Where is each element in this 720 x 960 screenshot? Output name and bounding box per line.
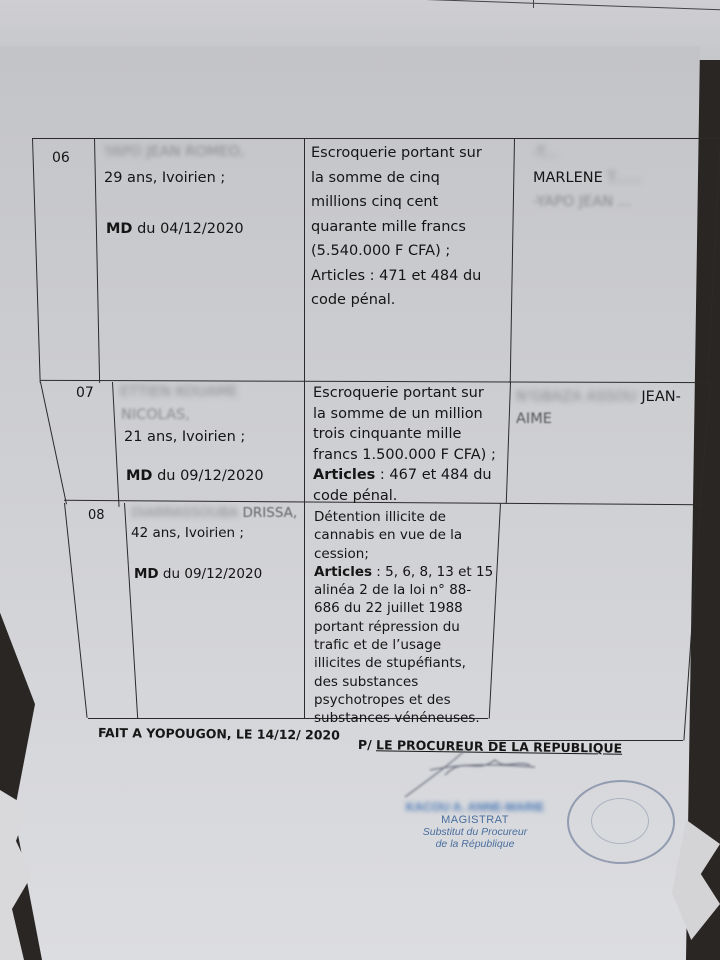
table-border	[32, 138, 720, 139]
offense-line: quarante mille francs	[311, 215, 482, 240]
victim-name: MARLENE T......	[533, 166, 642, 191]
md-label: MD	[106, 221, 132, 237]
offense-line: psychotropes et des	[314, 691, 493, 709]
articles-label: Articles	[314, 564, 372, 580]
defendant-name-line2: NICOLAS,	[121, 403, 190, 428]
defendant-name-text: DRISSA,	[243, 505, 298, 521]
table-border	[510, 138, 515, 383]
table-border	[112, 382, 120, 507]
offense-line: Escroquerie portant sur	[311, 141, 482, 166]
articles-text: : 467 et 484 du	[375, 467, 491, 483]
row-number: 08	[88, 504, 105, 529]
magistrate-name: KACOU A. ANNE-MARIE	[380, 800, 570, 814]
row-number: 06	[52, 146, 70, 171]
table-border	[707, 138, 720, 388]
signatory-prefix: P/	[358, 737, 376, 752]
table-border	[683, 503, 701, 740]
table-border	[94, 138, 100, 383]
offense-line: code pénal.	[313, 486, 496, 507]
offense-line: trafic et de l’usage	[314, 636, 493, 654]
md-date-text: du 09/12/2020	[152, 468, 263, 484]
victim-name: -T...	[533, 141, 642, 166]
offense-line: code pénal.	[311, 288, 482, 313]
table-border	[506, 382, 511, 504]
articles-text: : 5, 6, 8, 13 et 15	[372, 564, 493, 580]
defendant-name: DIARRASSOUBA DRISSA,	[131, 503, 297, 523]
md-label: MD	[126, 468, 152, 484]
victim-name: -YAPO JEAN ...	[533, 190, 642, 215]
victim-name: N'GBAZA ASSOU JEAN-	[516, 386, 681, 408]
md-date-text: du 04/12/2020	[132, 221, 243, 237]
offense-line: millions cinq cent	[311, 190, 482, 215]
defendant-name: YAPO JEAN ROMEO,	[104, 140, 244, 165]
stamp-inner-ring	[591, 798, 649, 844]
magistrate-role: MAGISTRAT	[380, 814, 570, 826]
offense-line: la somme de cinq	[311, 166, 482, 191]
offense-line: trois cinquante mille	[313, 424, 496, 445]
defendant-name: ETTIEN KOUAME	[120, 380, 238, 405]
articles-label: Articles	[313, 467, 375, 483]
victims-list: -T... MARLENE T...... -YAPO JEAN ...	[533, 141, 642, 215]
offense-line: substances vénéneuses.	[314, 709, 493, 727]
md-label: MD	[134, 566, 159, 582]
offense-line: cession;	[314, 545, 493, 563]
offense-line: Détention illicite de	[314, 508, 493, 526]
offense-text: Escroquerie portant sur la somme de cinq…	[311, 141, 482, 313]
offense-line: Articles : 471 et 484 du	[311, 264, 482, 289]
defendant-age: 29 ans, Ivoirien ;	[104, 166, 225, 191]
signature-icon	[395, 745, 545, 805]
offense-line: illicites de stupéfiants,	[314, 654, 493, 672]
offense-line: des substances	[314, 673, 493, 691]
signature-block: KACOU A. ANNE-MARIE MAGISTRAT Substitut …	[380, 800, 570, 850]
magistrate-function: de la République	[380, 838, 570, 850]
offense-text: Escroquerie portant sur la somme de un m…	[313, 383, 496, 506]
offense-text: Détention illicite de cannabis en vue de…	[314, 508, 493, 728]
defendant-name-text: JEAN ROMEO,	[146, 144, 244, 160]
articles-line: Articles : 5, 6, 8, 13 et 15	[314, 563, 493, 581]
place-date: FAIT A YOPOUGON, LE 14/12/ 2020	[98, 725, 340, 743]
magistrate-function: Substitut du Procureur	[380, 826, 570, 838]
table-border	[40, 382, 67, 504]
table-border	[699, 382, 711, 507]
md-date: MD du 04/12/2020	[106, 217, 244, 242]
offense-line: (5.540.000 F CFA) ;	[311, 239, 482, 264]
md-date: MD du 09/12/2020	[126, 464, 264, 489]
victims-list: N'GBAZA ASSOU JEAN- AIME	[516, 386, 681, 430]
victim-name: AIME	[516, 408, 681, 430]
defendant-age: 42 ans, Ivoirien ;	[131, 523, 244, 543]
defendant-age: 21 ans, Ivoirien ;	[124, 425, 245, 450]
offense-line: cannabis en vue de la	[314, 526, 493, 544]
offense-line: Escroquerie portant sur	[313, 383, 496, 404]
articles-line: Articles : 467 et 484 du	[313, 465, 496, 486]
offense-line: portant répression du	[314, 618, 493, 636]
offense-line: francs 1.500.000 F CFA) ;	[313, 445, 496, 466]
table-border	[64, 503, 88, 718]
row-number: 07	[76, 381, 94, 406]
offense-line: 686 du 22 juillet 1988	[314, 599, 493, 617]
offense-line: la somme de un million	[313, 404, 496, 425]
offense-line: alinéa 2 de la loi n° 88-	[314, 581, 493, 599]
md-date: MD du 09/12/2020	[134, 564, 262, 584]
md-date-text: du 09/12/2020	[159, 566, 263, 582]
defendant-name-text: NICOLAS,	[121, 407, 190, 423]
table-border	[32, 138, 41, 383]
table-border	[304, 138, 305, 718]
official-stamp-icon	[567, 780, 675, 864]
